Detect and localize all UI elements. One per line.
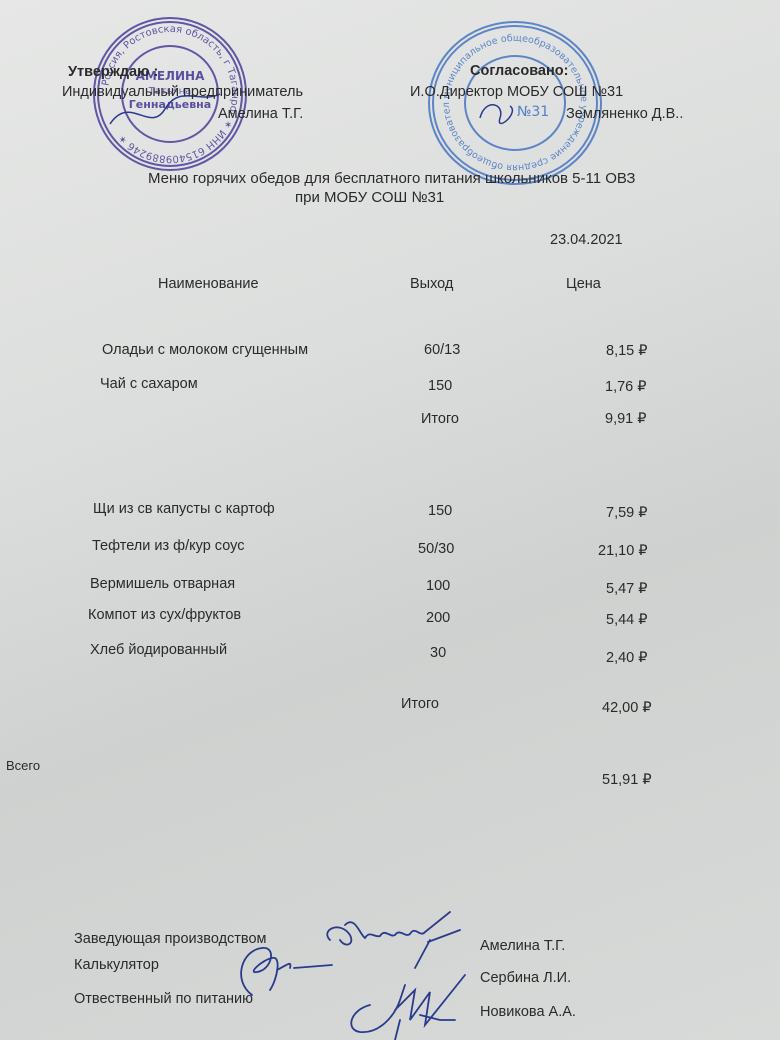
signature-novikova-icon [340,970,470,1040]
signature-amelina-icon [320,910,470,970]
column-header-price: Цена [566,276,601,292]
item-name: Вермишель отварная [90,576,235,592]
director-position: И.О.Директор МОБУ СОШ №31 [410,84,623,100]
agreed-label: Согласовано: [470,63,568,79]
menu-subtitle: при МОБУ СОШ №31 [295,189,444,206]
signature-name: Амелина Т.Г. [480,938,565,954]
item-price: 5,44 ₽ [606,612,647,628]
signature-role: Отвественный по питанию [74,991,253,1007]
item-name: Тефтели из ф/кур соус [92,538,244,554]
item-name: Хлеб йодированный [90,642,227,658]
item-price: 21,10 ₽ [598,543,648,559]
item-price: 8,15 ₽ [606,343,647,359]
subtotal-value: 42,00 ₽ [602,700,652,716]
seal-stamp-right-icon: муниципальное общеобразовательное учрежд… [425,18,605,188]
item-name: Щи из св капусты с картоф [93,501,275,517]
item-yield: 200 [426,610,450,626]
subtotal-label: Итого [421,411,459,427]
approve-label: Утверждаю : [68,64,158,80]
item-yield: 150 [428,378,452,394]
item-price: 2,40 ₽ [606,650,647,666]
director-name: Земляненко Д.В.. [566,106,683,122]
grand-total-label: Всего [6,758,40,773]
signature-name: Сербина Л.И. [480,970,571,986]
approver-name: Амелина Т.Г. [218,106,303,122]
item-yield: 150 [428,503,452,519]
approver-position: Индивидуальный предприниматель [62,84,303,100]
item-price: 1,76 ₽ [605,379,646,395]
item-yield: 50/30 [418,541,454,557]
signature-name: Новикова А.А. [480,1004,576,1020]
item-yield: 100 [426,578,450,594]
item-yield: 60/13 [424,342,460,358]
item-price: 7,59 ₽ [606,505,647,521]
item-name: Компот из сух/фруктов [88,607,241,623]
subtotal-value: 9,91 ₽ [605,411,646,427]
document-page: Россия, Ростовская область, г Таганрог ✶… [0,0,780,1040]
item-name: Чай с сахаром [100,376,198,392]
menu-date: 23.04.2021 [550,232,623,248]
grand-total-value: 51,91 ₽ [602,772,652,788]
signature-role: Калькулятор [74,957,159,973]
subtotal-label: Итого [401,696,439,712]
signature-serbina-icon [232,940,342,1000]
item-yield: 30 [430,645,446,661]
column-header-name: Наименование [158,276,259,292]
column-header-yield: Выход [410,276,453,292]
menu-title: Меню горячих обедов для бесплатного пита… [148,170,635,187]
item-name: Оладьи с молоком сгущенным [102,342,308,358]
item-price: 5,47 ₽ [606,581,647,597]
svg-text:№31: №31 [517,104,549,120]
